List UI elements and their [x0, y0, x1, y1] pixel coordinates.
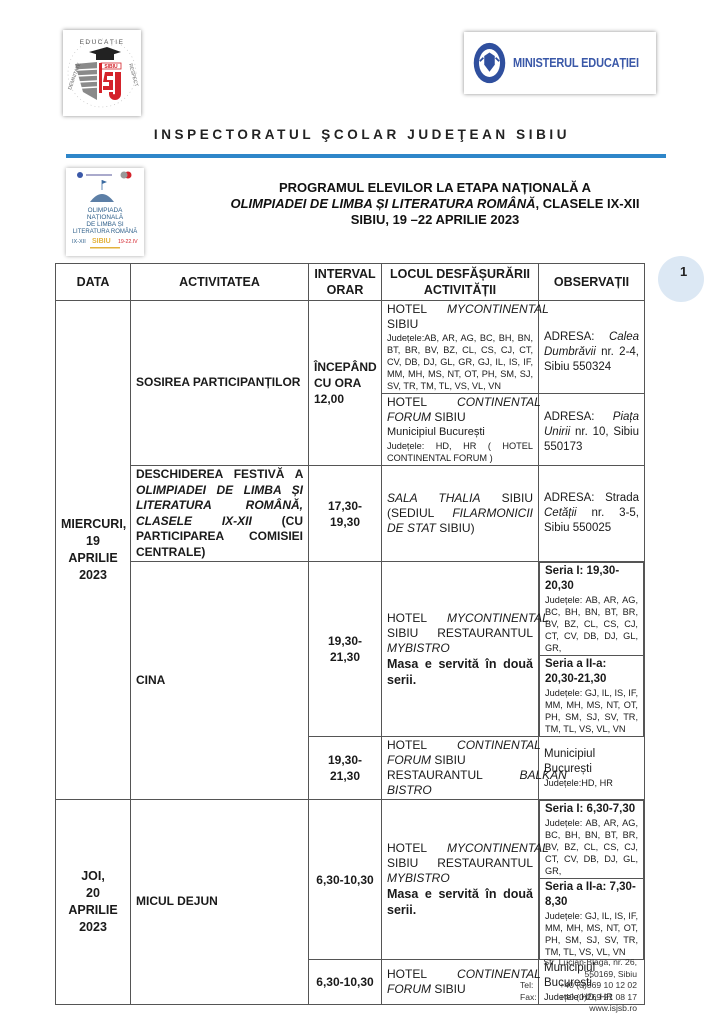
header-activitatea: ACTIVITATEA — [131, 264, 309, 301]
header-divider — [66, 154, 666, 158]
title-line-3: SIBIU, 19 –22 APRILIE 2023 — [150, 212, 720, 228]
observation-address-sala-thalia: ADRESA: Strada Cetății nr. 3-5, Sibiu 55… — [539, 466, 645, 562]
document-title: PROGRAMUL ELEVILOR LA ETAPA NAȚIONALĂ A … — [150, 180, 720, 228]
romanian-government-seal-icon — [472, 37, 507, 89]
activity-micul-dejun: MICUL DEJUN — [131, 800, 309, 1005]
olympiad-poster: OLIMPIADA NAȚIONALĂ DE LIMBA ȘI LITERATU… — [66, 168, 144, 256]
isj-sibiu-logo: EDUCAȚIE SIBIU DEMNITATE RESPECT — [63, 30, 141, 116]
observation-bucuresti-cina: Municipiul București Județele:HD, HR — [539, 737, 645, 800]
time-dejun-mycontinental: 6,30-10,30 — [309, 800, 382, 960]
location-cina-continental-forum: HOTEL CONTINENTAL FORUM SIBIU RESTAURANT… — [382, 737, 539, 800]
location-sala-thalia: SALA THALIA SIBIU (SEDIUL FILARMONICII D… — [382, 466, 539, 562]
svg-text:LITERATURA ROMÂNĂ: LITERATURA ROMÂNĂ — [73, 228, 138, 235]
observation-series-cina: Seria I: 19,30-20,30 Județele: AB, AR, A… — [539, 562, 645, 737]
observation-address-continental-forum: ADRESA: Piața Unirii nr. 10, Sibiu 55017… — [539, 394, 645, 466]
time-cina-mycontinental: 19,30-21,30 — [309, 562, 382, 737]
page-number-badge — [658, 256, 704, 302]
svg-text:DE LIMBA ȘI: DE LIMBA ȘI — [86, 221, 124, 228]
location-dejun-mycontinental: HOTEL MYCONTINENTAL SIBIU RESTAURANTUL M… — [382, 800, 539, 960]
location-continental-forum: HOTEL CONTINENTAL FORUM SIBIU Municipiul… — [382, 394, 539, 466]
title-line-1: PROGRAMUL ELEVILOR LA ETAPA NAȚIONALĂ A — [150, 180, 720, 196]
olympiad-poster-image: OLIMPIADA NAȚIONALĂ DE LIMBA ȘI LITERATU… — [66, 168, 144, 256]
ministry-name: MINISTERUL EDUCAȚIEI — [513, 56, 639, 70]
header-data: DATA — [56, 264, 131, 301]
footer-website[interactable]: www.isjsb.ro — [520, 1003, 637, 1015]
schedule-table: DATA ACTIVITATEA INTERVAL ORAR LOCUL DES… — [55, 263, 645, 1005]
isj-emblem-icon: EDUCAȚIE SIBIU DEMNITATE RESPECT — [63, 30, 141, 116]
table-row: JOI, 20 APRILIE 2023 MICUL DEJUN 6,30-10… — [56, 800, 645, 960]
header-locul: LOCUL DESFĂȘURĂRII ACTIVITĂȚII — [382, 264, 539, 301]
observation-address-mycontinental: ADRESA: Calea Dumbrăvii nr. 2-4, Sibiu 5… — [539, 301, 645, 394]
series-2-dejun: Seria a II-a: 7,30-8,30 Județele: GJ, IL… — [540, 879, 644, 960]
time-dejun-continental-forum: 6,30-10,30 — [309, 960, 382, 1005]
series-2-cina: Seria a II-a: 20,30-21,30 Județele: GJ, … — [540, 656, 644, 737]
footer-address-line-1: Str. Lucian Blaga, nr. 26, — [520, 957, 637, 969]
activity-deschiderea: DESCHIDEREA FESTIVĂ A OLIMPIADEI DE LIMB… — [131, 466, 309, 562]
title-line-2: OLIMPIADEI DE LIMBA ȘI LITERATURA ROMÂNĂ… — [150, 196, 720, 212]
activity-sosirea: SOSIREA PARTICIPANȚILOR — [131, 301, 309, 466]
svg-text:IX-XII: IX-XII — [72, 239, 86, 245]
observation-series-dejun: Seria I: 6,30-7,30 Județele: AB, AR, AG,… — [539, 800, 645, 960]
table-row: MIERCURI, 19 APRILIE 2023 SOSIREA PARTIC… — [56, 301, 645, 394]
time-cina-continental-forum: 19,30-21,30 — [309, 737, 382, 800]
table-row: DESCHIDEREA FESTIVĂ A OLIMPIADEI DE LIMB… — [56, 466, 645, 562]
svg-text:SIBIU: SIBIU — [104, 64, 118, 70]
activity-cina: CINA — [131, 562, 309, 800]
location-dejun-continental-forum: HOTEL CONTINENTAL FORUM SIBIU — [382, 960, 539, 1005]
location-mycontinental: HOTEL MYCONTINENTAL SIBIU Județele:AB, A… — [382, 301, 539, 394]
location-cina-mycontinental: HOTEL MYCONTINENTAL SIBIU RESTAURANTUL M… — [382, 562, 539, 737]
svg-text:OLIMPIADA: OLIMPIADA — [88, 207, 124, 214]
date-cell-thursday: JOI, 20 APRILIE 2023 — [56, 800, 131, 1005]
series-1-cina: Seria I: 19,30-20,30 Județele: AB, AR, A… — [540, 563, 644, 656]
time-deschiderea: 17,30-19,30 — [309, 466, 382, 562]
svg-text:19-22.IV: 19-22.IV — [118, 239, 138, 245]
header-interval: INTERVAL ORAR — [309, 264, 382, 301]
svg-text:SIBIU: SIBIU — [92, 238, 111, 245]
time-sosirea: ÎNCEPÂND CU ORA 12,00 — [309, 301, 382, 466]
footer-fax: Fax:+40 (0)269 21 08 17 — [520, 992, 637, 1004]
footer-address-line-2: 550169, Sibiu — [520, 969, 637, 981]
table-header-row: DATA ACTIVITATEA INTERVAL ORAR LOCUL DES… — [56, 264, 645, 301]
svg-text:EDUCAȚIE: EDUCAȚIE — [80, 39, 125, 46]
svg-text:RESPECT: RESPECT — [127, 63, 139, 87]
table-row: CINA 19,30-21,30 HOTEL MYCONTINENTAL SIB… — [56, 562, 645, 737]
footer-phone: Tel:+40 (0)369 10 12 02 — [520, 980, 637, 992]
date-cell-wednesday: MIERCURI, 19 APRILIE 2023 — [56, 301, 131, 800]
institution-title: INSPECTORATUL ŞCOLAR JUDEŢEAN SIBIU — [0, 127, 724, 142]
series-1-dejun: Seria I: 6,30-7,30 Județele: AB, AR, AG,… — [540, 801, 644, 879]
header-observatii: OBSERVAȚII — [539, 264, 645, 301]
svg-text:NAȚIONALĂ: NAȚIONALĂ — [87, 212, 124, 221]
footer-contact: Str. Lucian Blaga, nr. 26, 550169, Sibiu… — [520, 957, 637, 1015]
page-number: 1 — [680, 264, 687, 279]
ministry-logo: MINISTERUL EDUCAȚIEI — [464, 32, 656, 94]
